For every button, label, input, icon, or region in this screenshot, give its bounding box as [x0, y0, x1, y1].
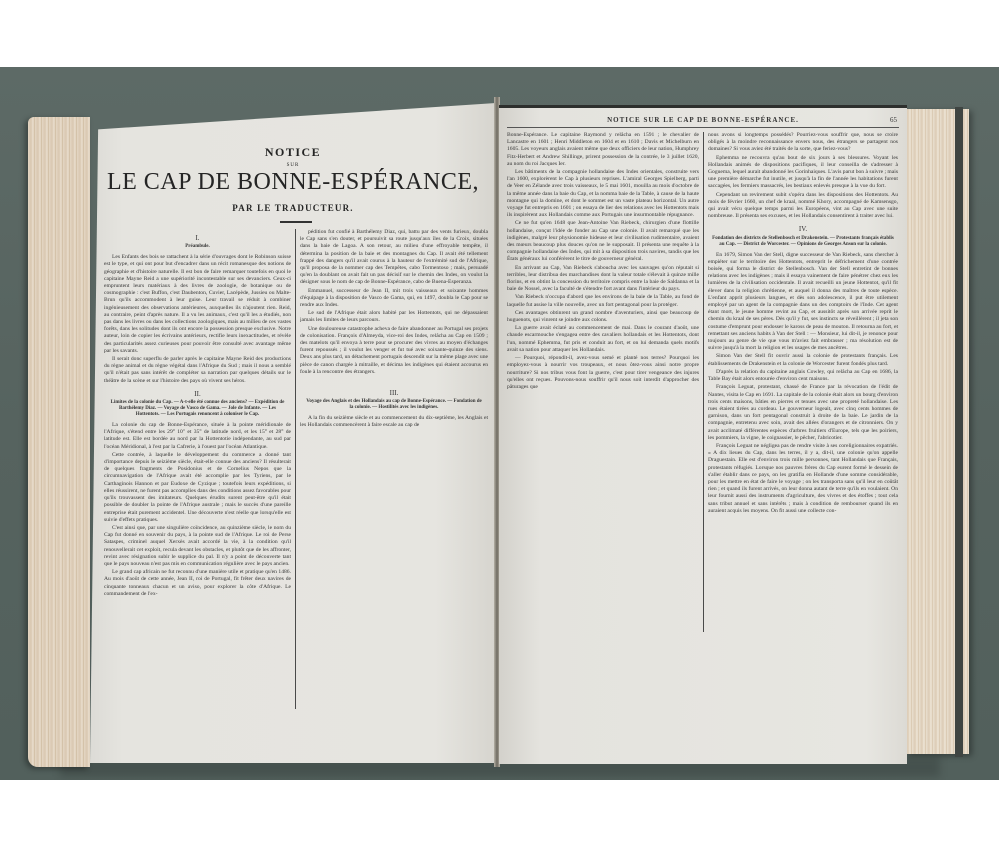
paragraph: Une douloureuse catastrophe acheva de fa…: [300, 326, 488, 376]
left-page: NOTICE SUR LE CAP DE BONNE-ESPÉRANCE, PA…: [90, 103, 496, 763]
paragraph: En arrivant au Cap, Van Riebeck s'abouch…: [507, 265, 699, 294]
paragraph: A la fin du seizième siècle et au commen…: [300, 415, 488, 429]
section-4-summary: Fondation des districts de Stellenbosch …: [712, 236, 894, 248]
right-column-2: nous avons si longtemps possédés? Pourri…: [708, 132, 898, 652]
title-byline: PAR LE TRADUCTEUR.: [90, 203, 496, 213]
paragraph: Van Riebeck n'occupa d'abord que les env…: [507, 294, 699, 308]
header-rule: [507, 127, 899, 128]
paragraph: La colonie du cap de Bonne-Espérance, si…: [104, 422, 291, 451]
title-notice: NOTICE: [90, 145, 496, 160]
column-divider: [703, 132, 704, 632]
paragraph: Cependant un revirement subit s'opéra da…: [708, 192, 898, 221]
paragraph: Ces avantages obtinrent un grand nombre …: [507, 310, 699, 324]
section-1-title: Préambule.: [108, 244, 287, 250]
section-1-number: I.: [104, 235, 291, 242]
paragraph: Bonne-Espérance. Le capitaine Raymond y …: [507, 132, 699, 168]
book-cover-edge: [955, 107, 963, 757]
title-sur: SUR: [90, 163, 496, 168]
section-3-number: III.: [300, 390, 488, 397]
column-divider: [295, 229, 296, 709]
book-photo: NOTICE SUR LE CAP DE BONNE-ESPÉRANCE, PA…: [0, 67, 999, 780]
paragraph: Simon Van der Stell fit ouvrir aussi la …: [708, 353, 898, 367]
paragraph: Ce ne fut qu'en 1648 que Jean-Antoine Va…: [507, 220, 699, 263]
paragraph: — Pourquoi, répondit-il, avez-vous semé …: [507, 355, 699, 391]
paragraph: Ephemma ne recouvra qu'au bout de six jo…: [708, 155, 898, 191]
section-3-summary: Voyage des Anglais et des Hollandais au …: [304, 399, 484, 411]
paragraph: Les Enfants des bois se rattachent à la …: [104, 254, 291, 355]
page-edges-left: [28, 117, 90, 767]
paragraph: François Leguat, protestant, chassé de F…: [708, 384, 898, 442]
page-title: LE CAP DE BONNE-ESPÉRANCE,: [90, 169, 496, 196]
paragraph: Cette contrée, à laquelle le développeme…: [104, 452, 291, 524]
paragraph: C'est ainsi que, par une singulière coïn…: [104, 525, 291, 568]
running-header: NOTICE SUR LE CAP DE BONNE-ESPÉRANCE.: [499, 116, 907, 124]
paragraph: La guerre avait éclaté au commencement d…: [507, 325, 699, 354]
paragraph: Les bâtiments de la compagnie hollandais…: [507, 169, 699, 219]
page-number: 65: [890, 116, 897, 124]
paragraph: Le sud de l'Afrique était alors habité p…: [300, 310, 488, 324]
section-4-number: IV.: [708, 226, 898, 233]
left-column-2: pédition fut confié à Barthélemy Diaz, q…: [300, 229, 488, 759]
paragraph: D'après la relation du capitaine anglais…: [708, 369, 898, 383]
paragraph: Emmanuel, successeur de Jean II, mit tro…: [300, 288, 488, 310]
title-rule: [280, 221, 312, 223]
right-page: NOTICE SUR LE CAP DE BONNE-ESPÉRANCE. 65…: [499, 105, 907, 764]
section-2-number: II.: [104, 391, 291, 398]
paragraph: François Leguat ne négligea pas de rendr…: [708, 443, 898, 515]
right-column-1: Bonne-Espérance. Le capitaine Raymond y …: [507, 132, 699, 652]
paragraph: En 1679, Simon Van der Stell, digne succ…: [708, 252, 898, 353]
left-column-1: I. Préambule. Les Enfants des bois se ra…: [104, 229, 291, 759]
paragraph: pédition fut confié à Barthélemy Diaz, q…: [300, 229, 488, 287]
paragraph: Il serait donc superflu de parler après …: [104, 356, 291, 385]
paragraph: Le grand cap africain ne fut reconnu d'u…: [104, 569, 291, 598]
paragraph: nous avons si longtemps possédés? Pourri…: [708, 132, 898, 154]
section-2-summary: Limites de la colonie du Cap. — A-t-elle…: [108, 400, 287, 418]
